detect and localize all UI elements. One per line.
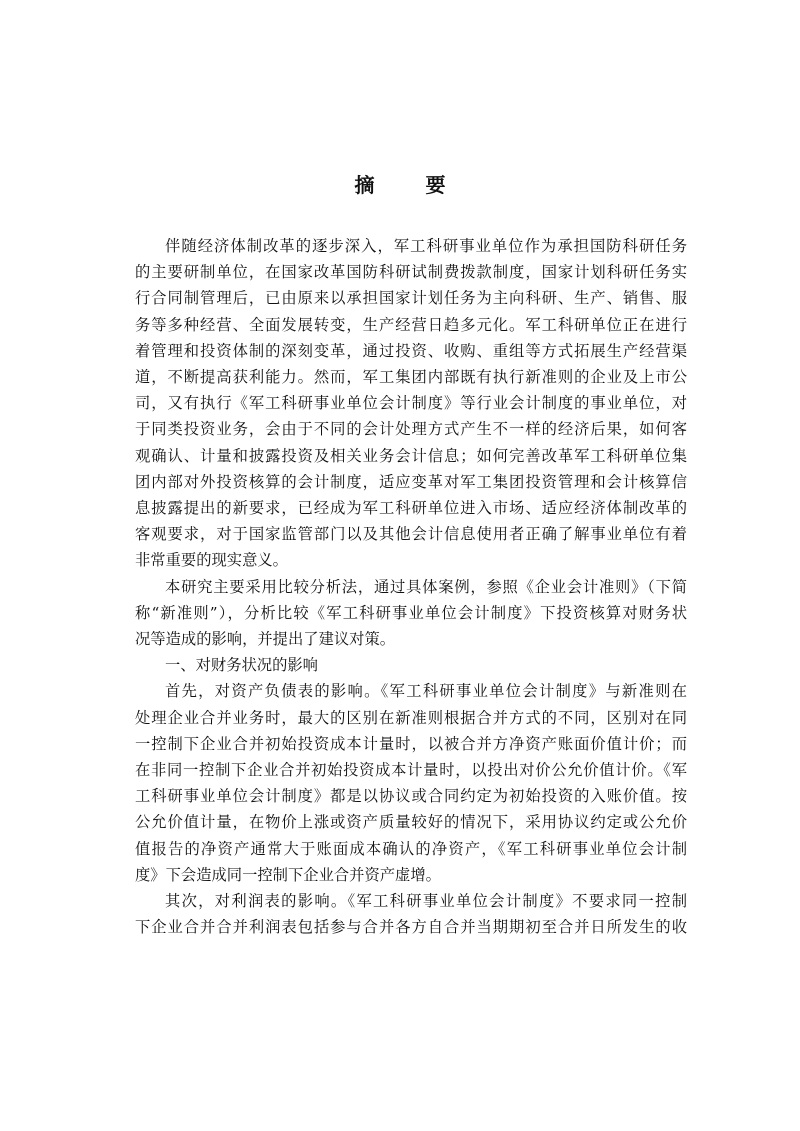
- text-line: 称“新准则”），分析比较《军工科研事业单位会计制度》下投资核算对财务状: [135, 600, 687, 626]
- text-line: 司，又有执行《军工科研事业单位会计制度》等行业会计制度的事业单位，对: [135, 390, 687, 416]
- text-line: 本研究主要采用比较分析法，通过具体案例，参照《企业会计准则》（下简: [135, 574, 687, 600]
- text-line: 下企业合并合并利润表包括参与合并各方自合并当期期初至合并日所发生的收: [135, 914, 687, 940]
- text-line: 况等造成的影响，并提出了建议对策。: [135, 626, 687, 652]
- text-line: 于同类投资业务，会由于不同的会计处理方式产生不一样的经济后果，如何客: [135, 416, 687, 442]
- text-line: 客观要求，对于国家监管部门以及其他会计信息使用者正确了解事业单位有着: [135, 521, 687, 547]
- paragraph-balance-sheet: 首先，对资产负债表的影响。《军工科研事业单位会计制度》与新准则在 处理企业合并业…: [135, 678, 687, 888]
- text-line: 道，不断提高获利能力。然而，军工集团内部既有执行新准则的企业及上市公: [135, 364, 687, 390]
- section-heading-text: 一、对财务状况的影响: [135, 652, 687, 678]
- text-line: 行合同制管理后，已由原来以承担国家计划任务为主向科研、生产、销售、服: [135, 285, 687, 311]
- text-line: 处理企业合并业务时，最大的区别在新准则根据合并方式的不同，区别对在同: [135, 705, 687, 731]
- page-title: 摘 要: [0, 170, 800, 200]
- paragraph-intro: 伴随经济体制改革的逐步深入，军工科研事业单位作为承担国防科研任务 的主要研制单位…: [135, 233, 687, 574]
- text-line: 首先，对资产负债表的影响。《军工科研事业单位会计制度》与新准则在: [135, 678, 687, 704]
- paragraph-income-statement: 其次，对利润表的影响。《军工科研事业单位会计制度》不要求同一控制 下企业合并合并…: [135, 888, 687, 940]
- document-page: 摘 要 伴随经济体制改革的逐步深入，军工科研事业单位作为承担国防科研任务 的主要…: [0, 0, 800, 1131]
- text-line: 公允价值计量，在物价上涨或资产质量较好的情况下，采用协议约定或公允价: [135, 809, 687, 835]
- text-line: 着管理和投资体制的深刻变革，通过投资、收购、重组等方式拓展生产经营渠: [135, 338, 687, 364]
- section-heading: 一、对财务状况的影响: [135, 652, 687, 678]
- text-line: 息披露提出的新要求，已经成为军工科研单位进入市场、适应经济体制改革的: [135, 495, 687, 521]
- text-line: 的主要研制单位，在国家改革国防科研试制费拨款制度，国家计划科研任务实: [135, 259, 687, 285]
- text-line: 工科研事业单位会计制度》都是以协议或合同约定为初始投资的入账价值。按: [135, 783, 687, 809]
- text-line: 度》下会造成同一控制下企业合并资产虚增。: [135, 862, 687, 888]
- paragraph-method: 本研究主要采用比较分析法，通过具体案例，参照《企业会计准则》（下简 称“新准则”…: [135, 574, 687, 653]
- text-line: 非常重要的现实意义。: [135, 547, 687, 573]
- text-line: 一控制下企业合并初始投资成本计量时，以被合并方净资产账面价值计价；而: [135, 731, 687, 757]
- text-line: 值报告的净资产通常大于账面成本确认的净资产，《军工科研事业单位会计制: [135, 836, 687, 862]
- text-line: 观确认、计量和披露投资及相关业务会计信息；如何完善改革军工科研单位集: [135, 443, 687, 469]
- text-line: 团内部对外投资核算的会计制度，适应变革对军工集团投资管理和会计核算信: [135, 469, 687, 495]
- text-line: 伴随经济体制改革的逐步深入，军工科研事业单位作为承担国防科研任务: [135, 233, 687, 259]
- text-line: 在非同一控制下企业合并初始投资成本计量时，以投出对价公允价值计价。《军: [135, 757, 687, 783]
- text-line: 务等多种经营、全面发展转变，生产经营日趋多元化。军工科研单位正在进行: [135, 312, 687, 338]
- document-body: 伴随经济体制改革的逐步深入，军工科研事业单位作为承担国防科研任务 的主要研制单位…: [135, 233, 687, 940]
- text-line: 其次，对利润表的影响。《军工科研事业单位会计制度》不要求同一控制: [135, 888, 687, 914]
